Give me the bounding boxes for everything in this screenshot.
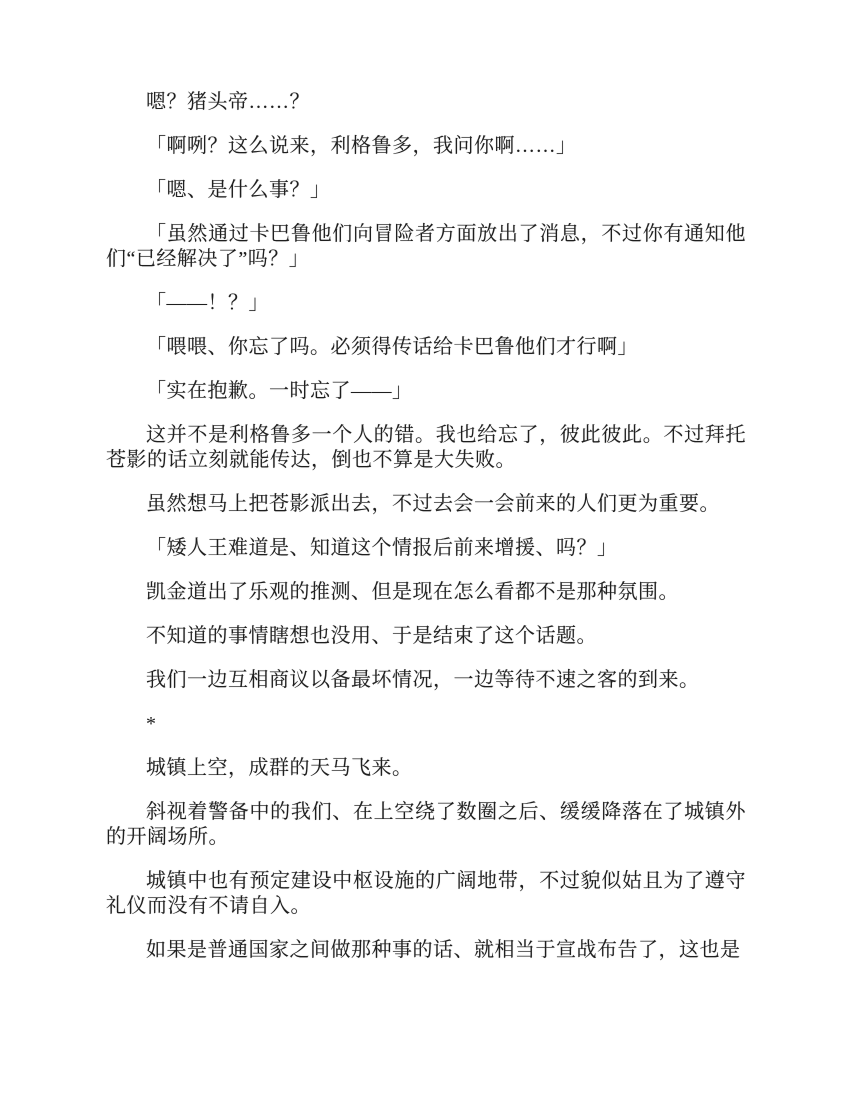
paragraph: 虽然想马上把苍影派出去，不过去会一会前来的人们更为重要。 [106,492,746,517]
document-body: { "document": { "language": "zh", "backg… [0,0,850,1100]
paragraph: 如果是普通国家之间做那种事的话、就相当于宣战布告了，这也是 [106,938,746,963]
text-content: 嗯？猪头帝……？ 「啊咧？这么说来，利格鲁多，我问你啊……」 「嗯、是什么事？」… [106,90,746,982]
paragraph: 凯金道出了乐观的推测、但是现在怎么看都不是那种氛围。 [106,580,746,605]
paragraph: 「实在抱歉。一时忘了——」 [106,379,746,404]
paragraph: 这并不是利格鲁多一个人的错。我也给忘了，彼此彼此。不过拜托苍影的话立刻就能传达，… [106,423,746,473]
paragraph: 嗯？猪头帝……？ [106,90,746,115]
paragraph: 城镇中也有预定建设中枢设施的广阔地带，不过貌似姑且为了遵守礼仪而没有不请自入。 [106,869,746,919]
paragraph: 「喂喂、你忘了吗。必须得传话给卡巴鲁他们才行啊」 [106,335,746,360]
paragraph: 「——！？」 [106,291,746,316]
paragraph: 不知道的事情瞎想也没用、于是结束了这个话题。 [106,624,746,649]
paragraph: 「嗯、是什么事？」 [106,178,746,203]
document-page: 嗯？猪头帝……？ 「啊咧？这么说来，利格鲁多，我问你啊……」 「嗯、是什么事？」… [0,0,850,1100]
paragraph: 「矮人王难道是、知道这个情报后前来增援、吗？」 [106,536,746,561]
paragraph: 「啊咧？这么说来，利格鲁多，我问你啊……」 [106,134,746,159]
paragraph: 「虽然通过卡巴鲁他们向冒险者方面放出了消息，不过你有通知他们“已经解决了”吗？」 [106,222,746,272]
scene-break: * [106,712,746,737]
paragraph: 城镇上空，成群的天马飞来。 [106,756,746,781]
paragraph: 我们一边互相商议以备最坏情况，一边等待不速之客的到来。 [106,668,746,693]
paragraph: 斜视着警备中的我们、在上空绕了数圈之后、缓缓降落在了城镇外的开阔场所。 [106,800,746,850]
